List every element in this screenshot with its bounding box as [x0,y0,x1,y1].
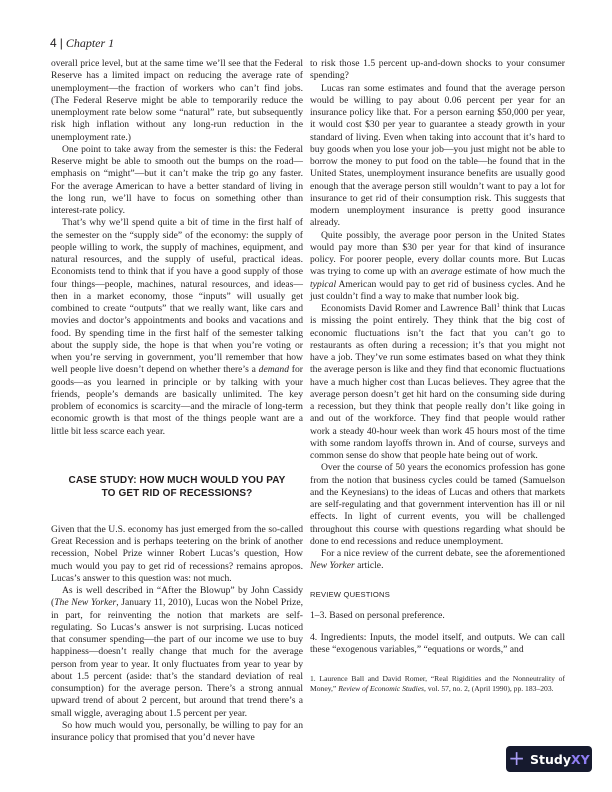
paragraph: Given that the U.S. economy has just eme… [51,524,303,585]
brand-text-accent: XY [571,752,590,767]
review-questions-heading: REVIEW QUESTIONS [310,589,565,601]
emphasis: average [431,266,462,277]
right-column: to risk those 1.5 percent up-and-down sh… [310,58,565,694]
text-run: estimate of how much the [462,266,565,277]
text-run: , vol. 57, no. 2, (April 1990), pp. 183–… [424,684,554,693]
emphasis: typical [310,279,336,290]
case-study-heading: CASE STUDY: HOW MUCH WOULD YOU PAY TO GE… [51,474,303,500]
brand-text: Study [530,752,571,767]
review-answer: 4. Ingredients: Inputs, the model itself… [310,632,565,657]
paragraph: Economists David Romer and Lawrence Ball… [310,303,565,462]
footnote: 1. Laurence Ball and David Romer, “Real … [310,674,565,694]
paragraph: One point to take away from the semester… [51,144,303,218]
text-run: article. [355,560,384,571]
paragraph: to risk those 1.5 percent up-and-down sh… [310,58,565,83]
paragraph: overall price level, but at the same tim… [51,58,303,144]
page-number: 4 [50,36,57,50]
paragraph: Quite possibly, the average poor person … [310,230,565,304]
text-run: Economists David Romer and Lawrence Ball [321,303,497,314]
review-answer: 1–3. Based on personal preference. [310,610,565,622]
emphasis: demand [259,364,289,375]
emphasis: New Yorker [310,560,355,571]
paragraph: Over the course of 50 years the economic… [310,462,565,548]
paragraph: So how much would you, personally, be wi… [51,720,303,745]
paragraph: That’s why we’ll spend quite a bit of ti… [51,217,303,438]
studyxy-badge[interactable]: + StudyXY [506,746,592,772]
running-head: 4|Chapter 1 [50,36,114,51]
text-run: , January 11, 2010), Lucas won the Nobel… [51,597,303,718]
left-column: overall price level, but at the same tim… [51,58,303,744]
heading-line: CASE STUDY: HOW MUCH WOULD YOU PAY [51,474,303,487]
header-separator: | [60,36,63,50]
plus-icon: + [508,748,525,768]
text-run: For a nice review of the current debate,… [321,548,565,559]
paragraph: Lucas ran some estimates and found that … [310,83,565,230]
paragraph: As is well described in “After the Blowu… [51,585,303,720]
brand-logo: StudyXY [530,752,590,767]
text-run: think that Lucas is missing the point en… [310,303,565,461]
emphasis: Review of Economic Studies [338,684,424,693]
emphasis: The New Yorker [54,597,116,608]
text-run: That’s why we’ll spend quite a bit of ti… [51,217,303,375]
chapter-title: Chapter 1 [66,36,114,50]
heading-line: TO GET RID OF RECESSIONS? [51,487,303,500]
paragraph: For a nice review of the current debate,… [310,548,565,573]
text-run: American would pay to get rid of busines… [310,279,565,302]
